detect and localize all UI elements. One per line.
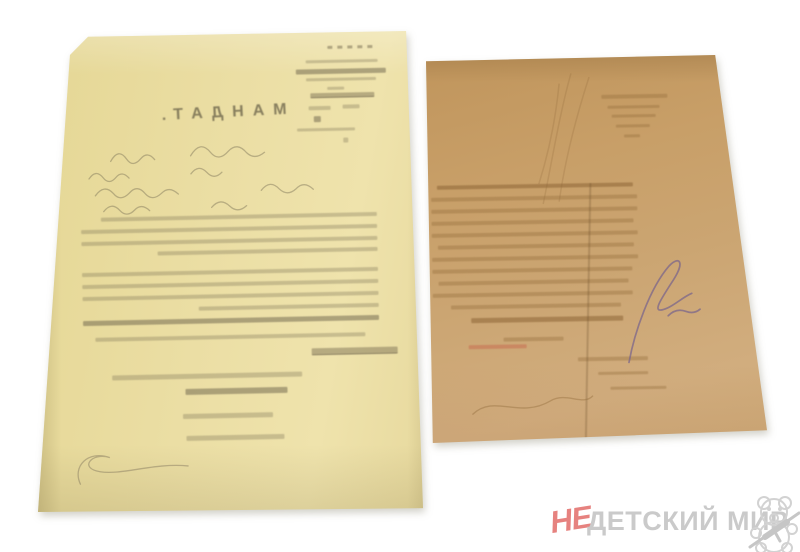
paragraph-imprint-line (81, 224, 377, 234)
paragraph-imprint-line (433, 290, 633, 297)
left-document: МАНДАТ. (38, 31, 423, 512)
letterhead-imprint-line (296, 68, 386, 75)
red-stamp-imprint (469, 344, 527, 349)
teddy-bear-with-rifle-icon (747, 492, 800, 552)
signature-block-imprint-line (112, 372, 302, 381)
letterhead-imprint-line (608, 105, 660, 109)
paragraph-imprint-line (82, 267, 378, 277)
signature-block-imprint-line (185, 387, 287, 395)
paragraph-imprint-line (439, 278, 629, 285)
letterhead-imprint-line (297, 127, 355, 131)
letterhead-imprint-line (601, 94, 667, 99)
paragraph-imprint-line (432, 254, 638, 262)
paragraph-imprint-line (438, 242, 634, 249)
paragraph-imprint-line (158, 247, 378, 256)
paragraph-imprint-line (432, 266, 632, 273)
paragraph-imprint-line (471, 316, 623, 324)
signature-block-imprint-line (186, 434, 284, 441)
shop-watermark: НЕ ДЕТСКИЙ МИР (545, 492, 800, 552)
paragraph-imprint-line (95, 332, 365, 342)
paragraph-imprint-line (82, 279, 378, 289)
paragraph-imprint-line (199, 303, 379, 311)
paragraph-imprint-line (504, 337, 564, 342)
paragraph-imprint-line (432, 218, 634, 226)
mandate-title-mirrored: МАНДАТ. (144, 101, 295, 130)
letterhead-imprint-line (616, 124, 650, 128)
paragraph-imprint-line (83, 315, 379, 326)
underlined-word-imprint (312, 347, 398, 356)
letterhead-imprint-mark (624, 134, 640, 137)
left-document-wrapper: МАНДАТ. (38, 31, 423, 512)
right-document-wrapper (426, 55, 767, 443)
letterhead-imprint-line (327, 87, 344, 90)
left-document-imprint: МАНДАТ. (33, 27, 428, 516)
paragraph-imprint-line (610, 386, 666, 390)
letterhead-imprint-line (306, 77, 376, 81)
letterhead-imprint-line (309, 106, 331, 110)
letterhead-imprint-line (306, 59, 378, 64)
letterhead-imprint-line (612, 114, 656, 118)
ink-signature (611, 253, 713, 370)
letterhead-imprint-line (327, 45, 373, 49)
photo-canvas: МАНДАТ. (0, 0, 800, 552)
paragraph-imprint-line (81, 236, 377, 246)
paragraph-imprint-line (451, 303, 621, 310)
right-document (426, 55, 767, 443)
letterhead-imprint-line (310, 92, 374, 98)
paragraph-imprint-line (432, 230, 638, 238)
paper-crease (511, 62, 644, 214)
handwriting-imprint (80, 140, 381, 218)
letterhead-imprint-line (343, 104, 360, 108)
signature-block-imprint-line (183, 412, 273, 419)
signature-flourish-imprint (70, 440, 201, 503)
paragraph-imprint-line (598, 371, 648, 375)
right-document-imprint (423, 52, 771, 446)
letterhead-imprint-mark (314, 116, 321, 122)
paragraph-imprint-line (83, 291, 379, 301)
handwriting-flourish-imprint (466, 380, 597, 427)
